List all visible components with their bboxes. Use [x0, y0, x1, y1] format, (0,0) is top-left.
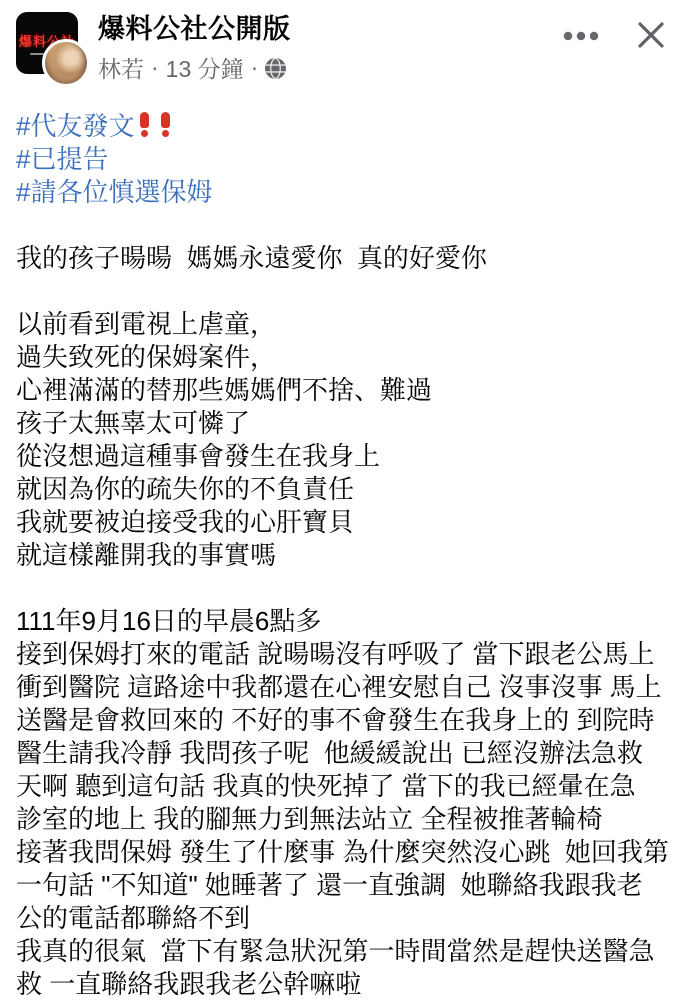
post-blank-line [16, 209, 673, 242]
post-line: #代友發文 [16, 110, 673, 143]
post-line: 接著我問保姆 發生了什麼事 為什麼突然沒心跳 她回我第 [16, 836, 673, 869]
author-avatar[interactable] [42, 39, 90, 87]
post-line: 過失致死的保姆案件， [16, 341, 673, 374]
post-line: #已提告 [16, 143, 673, 176]
post-line-text: 衝到醫院 這路途中我都還在心裡安慰自己 沒事沒事 馬上 [16, 672, 662, 702]
post-line-text: 一句話 "不知道" 她睡著了 還一直強調 她聯絡我跟我老 [16, 870, 643, 900]
post-timestamp[interactable]: 13 分鐘 [166, 51, 244, 84]
post-line-text: 接到保姆打來的電話 說暘暘沒有呼吸了 當下跟老公馬上 [16, 639, 654, 669]
post-blank-line [16, 275, 673, 308]
post-line: 就這樣離開我的事實嗎 [16, 539, 673, 572]
more-options-button[interactable] [559, 25, 603, 48]
hashtag-link[interactable]: #代友發文 [16, 111, 134, 141]
post-line: 接到保姆打來的電話 說暘暘沒有呼吸了 當下跟老公馬上 [16, 638, 673, 671]
post-line-text: 從沒想過這種事會發生在我身上 [16, 441, 380, 471]
post-line-text: 以前看到電視上虐童， [16, 309, 276, 339]
post-line: 以前看到電視上虐童， [16, 308, 673, 341]
group-name-link[interactable]: 爆料公社公開版 [98, 13, 291, 46]
post-blank-line [16, 572, 673, 605]
post-line: 我就要被迫接受我的心肝寶貝 [16, 506, 673, 539]
post-line-text: 我的孩子暘暘 媽媽永遠愛你 真的好愛你 [16, 243, 487, 273]
close-button[interactable] [631, 15, 671, 58]
post-line-text: 送醫是會救回來的 不好的事不會發生在我身上的 到院時 [16, 705, 654, 735]
post-line: 診室的地上 我的腳無力到無法站立 全程被推著輪椅 [16, 803, 673, 836]
byline-separator: · [251, 54, 259, 81]
post-line: 公的電話都聯絡不到 [16, 902, 673, 935]
post-line-text: 我真的很氣 當下有緊急狀況第一時間當然是趕快送醫急 [16, 936, 654, 966]
byline-separator: · [151, 54, 159, 81]
post-line-text: 公的電話都聯絡不到 [16, 903, 250, 933]
post-line-text: 111年9月16日的早晨6點多 [16, 606, 321, 636]
post-line-text: 過失致死的保姆案件， [16, 342, 276, 372]
post-line: 醫生請我冷靜 我問孩子呢 他緩緩說出 已經沒辦法急救 [16, 737, 673, 770]
post-line-text: 就因為你的疏失你的不負責任 [16, 474, 354, 504]
author-name-link[interactable]: 林若 [98, 51, 144, 84]
post-line: 天啊 聽到這句話 我真的快死掉了 當下的我已經暈在急 [16, 770, 673, 803]
post-line: 一句話 "不知道" 她睡著了 還一直強調 她聯絡我跟我老 [16, 869, 673, 902]
header-actions [559, 16, 671, 56]
post-line: 救 一直聯絡我跟我老公幹嘛啦 [16, 968, 673, 1000]
post-line-text: 天啊 聽到這句話 我真的快死掉了 當下的我已經暈在急 [16, 771, 636, 801]
post-line-text: 接著我問保姆 發生了什麼事 為什麼突然沒心跳 她回我第 [16, 837, 669, 867]
post-line-text: 診室的地上 我的腳無力到無法站立 全程被推著輪椅 [16, 804, 602, 834]
ellipsis-icon [563, 29, 599, 44]
post-byline: 林若 · 13 分鐘 · [98, 51, 291, 84]
hashtag-link[interactable]: #已提告 [16, 144, 108, 174]
globe-privacy-icon [265, 58, 286, 79]
post-text: #代友發文#已提告#請各位慎選保姆我的孩子暘暘 媽媽永遠愛你 真的好愛你以前看到… [0, 104, 689, 1000]
post-line: 孩子太無辜太可憐了 [16, 407, 673, 440]
post-line-text: 我就要被迫接受我的心肝寶貝 [16, 507, 354, 537]
post-line: 從沒想過這種事會發生在我身上 [16, 440, 673, 473]
post-line: 111年9月16日的早晨6點多 [16, 605, 673, 638]
post-line: 送醫是會救回來的 不好的事不會發生在我身上的 到院時 [16, 704, 673, 737]
red-exclamation-icon [159, 112, 172, 137]
avatar-group[interactable]: 爆料公社 [16, 10, 94, 90]
post-line: 心裡滿滿的替那些媽媽們不捨、難過 [16, 374, 673, 407]
post-line: 就因為你的疏失你的不負責任 [16, 473, 673, 506]
post-line: 我的孩子暘暘 媽媽永遠愛你 真的好愛你 [16, 242, 673, 275]
post-header: 爆料公社 爆料公社公開版 林若 · 13 分鐘 · [0, 0, 689, 104]
post-line: 我真的很氣 當下有緊急狀況第一時間當然是趕快送醫急 [16, 935, 673, 968]
post-line: #請各位慎選保姆 [16, 176, 673, 209]
header-text: 爆料公社公開版 林若 · 13 分鐘 · [98, 13, 291, 84]
post-line-text: 醫生請我冷靜 我問孩子呢 他緩緩說出 已經沒辦法急救 [16, 738, 643, 768]
post-line-text: 孩子太無辜太可憐了 [16, 408, 250, 438]
close-icon [635, 19, 667, 54]
red-exclamation-icon [138, 112, 151, 137]
post-line-text: 救 一直聯絡我跟我老公幹嘛啦 [16, 969, 361, 999]
post-line: 衝到醫院 這路途中我都還在心裡安慰自己 沒事沒事 馬上 [16, 671, 673, 704]
post-line-text: 就這樣離開我的事實嗎 [16, 540, 276, 570]
hashtag-link[interactable]: #請各位慎選保姆 [16, 177, 212, 207]
post-line-text: 心裡滿滿的替那些媽媽們不捨、難過 [16, 375, 432, 405]
